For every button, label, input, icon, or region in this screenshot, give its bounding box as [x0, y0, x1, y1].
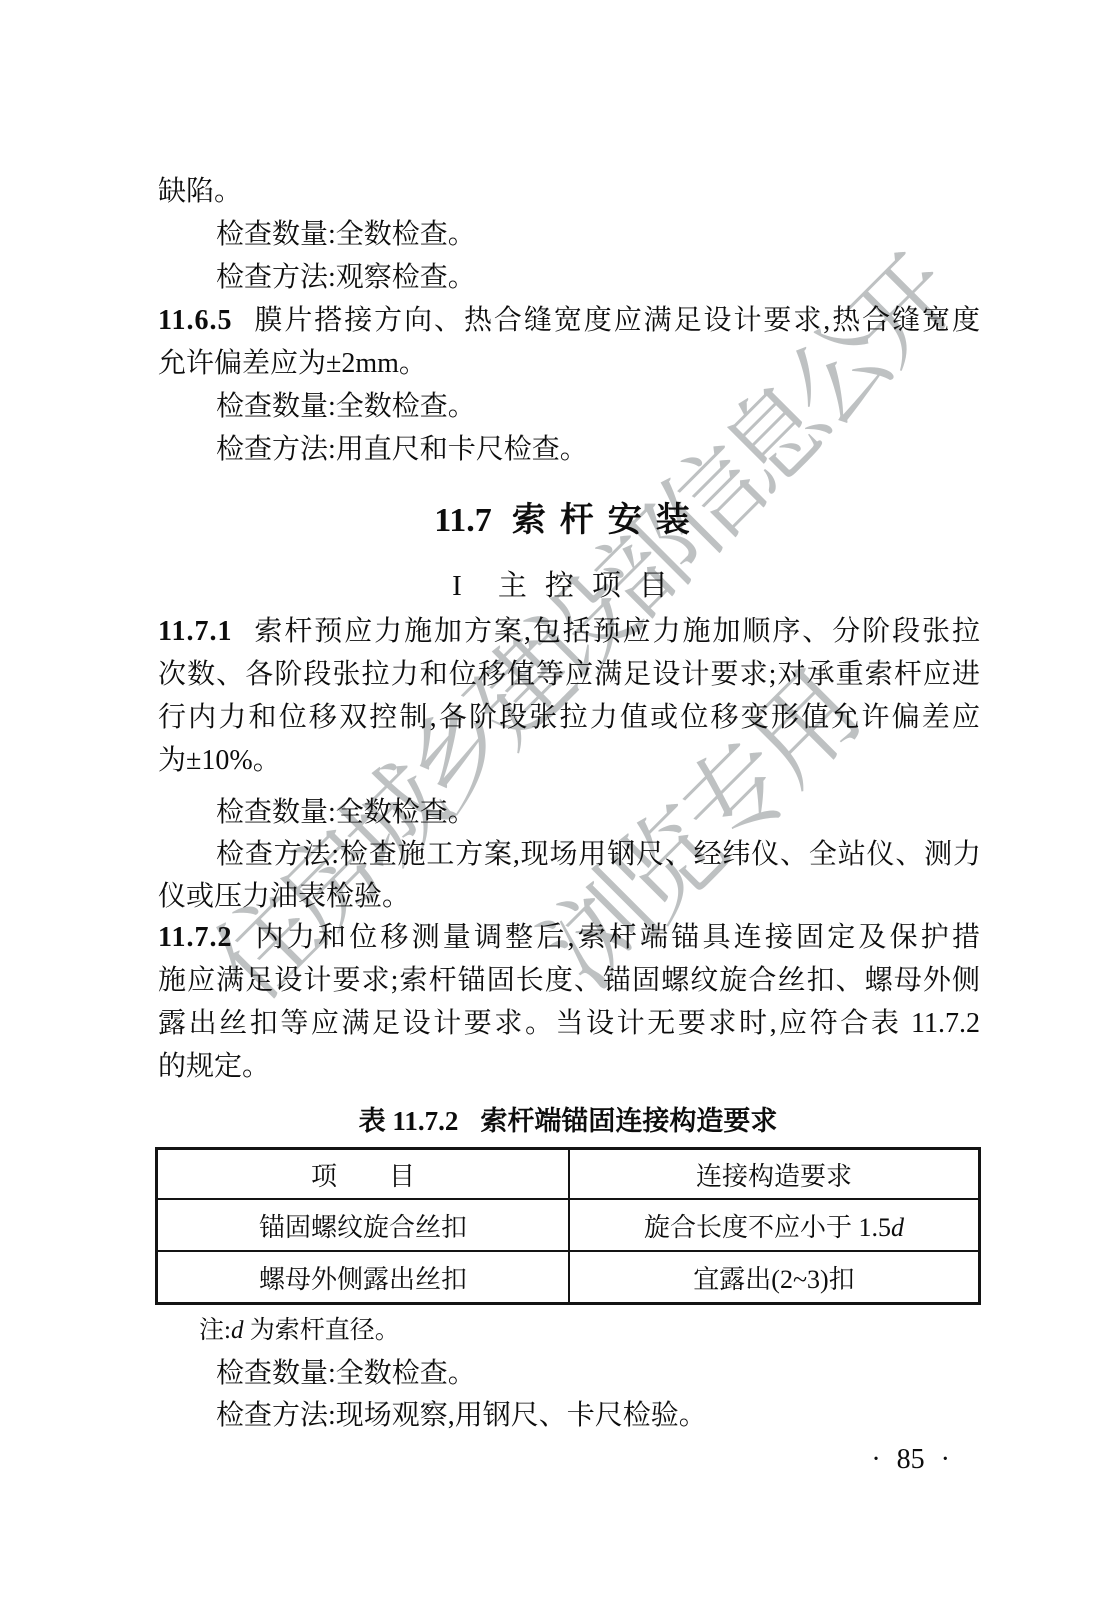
clause-11-7-1-line-2: 次数、各阶段张拉力和位移值等应满足设计要求;对承重索杆应进 [158, 655, 980, 695]
table-header-requirement: 连接构造要求 [569, 1149, 980, 1200]
section-heading: 11.7索杆安装 [158, 497, 980, 545]
page-number-value: 85 [897, 1444, 925, 1475]
check-quantity-line-4: 检查数量:全数检查。 [158, 1354, 980, 1394]
clause-11-6-5-line-1: 11.6.5膜片搭接方向、热合缝宽度应满足设计要求,热合缝宽度 [158, 301, 980, 341]
clause-11-7-1-line-3: 行内力和位移双控制,各阶段张拉力值或位移变形值允许偏差应 [158, 698, 980, 738]
table-row-1-requirement: 旋合长度不应小于 1.5d [569, 1199, 980, 1251]
clause-11-7-1-text: 索杆预应力施加方案,包括预应力施加顺序、分阶段张拉 [252, 616, 980, 647]
check-method-line-3a: 检查方法:检查施工方案,现场用钢尺、经纬仪、全站仪、测力 [158, 835, 980, 875]
section-heading-title: 索杆安装 [512, 502, 704, 539]
anchorage-requirements-table: 项 目 连接构造要求 锚固螺纹旋合丝扣 旋合长度不应小于 1.5d 螺母外侧露出… [155, 1147, 981, 1305]
table-row-2-requirement: 宜露出(2~3)扣 [569, 1251, 980, 1304]
table-note-variable: d [231, 1317, 244, 1344]
table-note-text: 为索杆直径。 [243, 1317, 399, 1344]
clause-11-7-2-line-3: 露出丝扣等应满足设计要求。当设计无要求时,应符合表 11.7.2 [158, 1004, 980, 1044]
clause-11-7-1-number: 11.7.1 [158, 616, 232, 647]
check-quantity-line-1: 检查数量:全数检查。 [158, 215, 980, 255]
clause-11-7-2-number: 11.7.2 [158, 922, 232, 953]
clause-11-7-1-line-4: 为±10%。 [158, 741, 980, 781]
prev-paragraph-tail-line: 缺陷。 [158, 172, 980, 212]
table-caption: 表 11.7.2索杆端锚固连接构造要求 [155, 1101, 981, 1141]
page-number: ·85· [158, 1440, 950, 1480]
page-number-dot-left: · [871, 1444, 880, 1475]
table-row-2: 螺母外侧露出丝扣 宜露出(2~3)扣 [157, 1251, 980, 1304]
table-caption-title: 索杆端锚固连接构造要求 [480, 1106, 777, 1136]
table-row-1-req-text: 旋合长度不应小于 1.5 [644, 1213, 891, 1242]
check-quantity-line-3: 检查数量:全数检查。 [158, 793, 980, 833]
table-row-1-item: 锚固螺纹旋合丝扣 [157, 1199, 570, 1251]
table-row-1: 锚固螺纹旋合丝扣 旋合长度不应小于 1.5d [157, 1199, 980, 1251]
section-heading-number: 11.7 [434, 502, 492, 539]
clause-11-7-2-line-2: 施应满足设计要求;索杆锚固长度、锚固螺纹旋合丝扣、螺母外侧 [158, 961, 980, 1001]
clause-11-6-5-text: 膜片搭接方向、热合缝宽度应满足设计要求,热合缝宽度 [252, 305, 980, 336]
check-method-line-4: 检查方法:现场观察,用钢尺、卡尺检验。 [158, 1396, 980, 1436]
page-number-dot-right: · [941, 1444, 950, 1475]
subsection-numeral: I [452, 570, 462, 602]
document-page: 住房城乡建设部信息公开 浏览专用 缺陷。 检查数量:全数检查。 检查方法:观察检… [0, 0, 1106, 1598]
clause-11-7-2-text: 内力和位移测量调整后,索杆端锚具连接固定及保护措 [252, 922, 980, 953]
clause-11-7-2-line-4: 的规定。 [158, 1047, 980, 1087]
table-header-row: 项 目 连接构造要求 [157, 1149, 980, 1200]
table-row-1-req-variable: d [891, 1213, 904, 1242]
clause-11-6-5-number: 11.6.5 [158, 305, 232, 336]
clause-11-7-2-line-1: 11.7.2内力和位移测量调整后,索杆端锚具连接固定及保护措 [158, 918, 980, 958]
clause-11-6-5-line-2: 允许偏差应为±2mm。 [158, 344, 980, 384]
table-header-item: 项 目 [157, 1149, 570, 1200]
subsection-title: 主控项目 [498, 570, 686, 602]
check-quantity-line-2: 检查数量:全数检查。 [158, 387, 980, 427]
table-note-label: 注: [199, 1317, 231, 1344]
table-caption-label: 表 11.7.2 [359, 1106, 459, 1136]
check-method-line-2: 检查方法:用直尺和卡尺检查。 [158, 430, 980, 470]
table-row-2-item: 螺母外侧露出丝扣 [157, 1251, 570, 1304]
check-method-line-1: 检查方法:观察检查。 [158, 258, 980, 298]
table-note: 注:d 为索杆直径。 [199, 1316, 400, 1346]
check-method-line-3b: 仪或压力油表检验。 [158, 877, 980, 917]
clause-11-7-1-line-1: 11.7.1索杆预应力施加方案,包括预应力施加顺序、分阶段张拉 [158, 612, 980, 652]
subsection-heading: I主控项目 [158, 566, 980, 606]
